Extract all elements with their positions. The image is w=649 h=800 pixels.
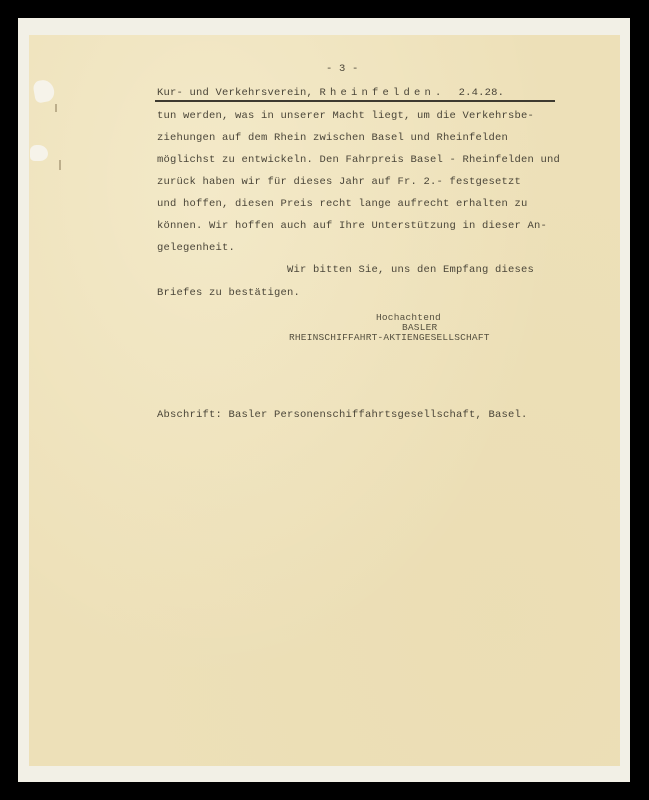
body-line: gelegenheit. [157,243,235,254]
header-addressee: Kur- und Verkehrsverein, [157,87,313,99]
header-place: Rheinfelden. [320,87,446,99]
letter-header: Kur- und Verkehrsverein, Rheinfelden. 2.… [157,88,504,99]
body-line: zurück haben wir für dieses Jahr auf Fr.… [157,177,521,188]
staple-mark [55,104,57,112]
header-date: 2.4.28. [459,87,505,99]
closing-line: Wir bitten Sie, uns den Empfang dieses [287,265,534,276]
body-line: tun werden, was in unserer Macht liegt, … [157,111,534,122]
signature-company-line2: RHEINSCHIFFAHRT-AKTIENGESELLSCHAFT [289,333,490,343]
body-line: ziehungen auf dem Rhein zwischen Basel u… [157,133,508,144]
header-underline [155,100,555,102]
copy-note: Abschrift: Basler Personenschiffahrtsges… [157,410,528,421]
page-number: - 3 - [326,64,359,75]
letter-page [29,35,620,766]
body-line: und hoffen, diesen Preis recht lange auf… [157,199,528,210]
body-line: können. Wir hoffen auch auf Ihre Unterst… [157,221,547,232]
body-line: möglichst zu entwickeln. Den Fahrpreis B… [157,155,560,166]
closing-line: Briefes zu bestätigen. [157,288,300,299]
staple-mark [59,160,61,170]
paper-tear-mark [30,145,48,161]
